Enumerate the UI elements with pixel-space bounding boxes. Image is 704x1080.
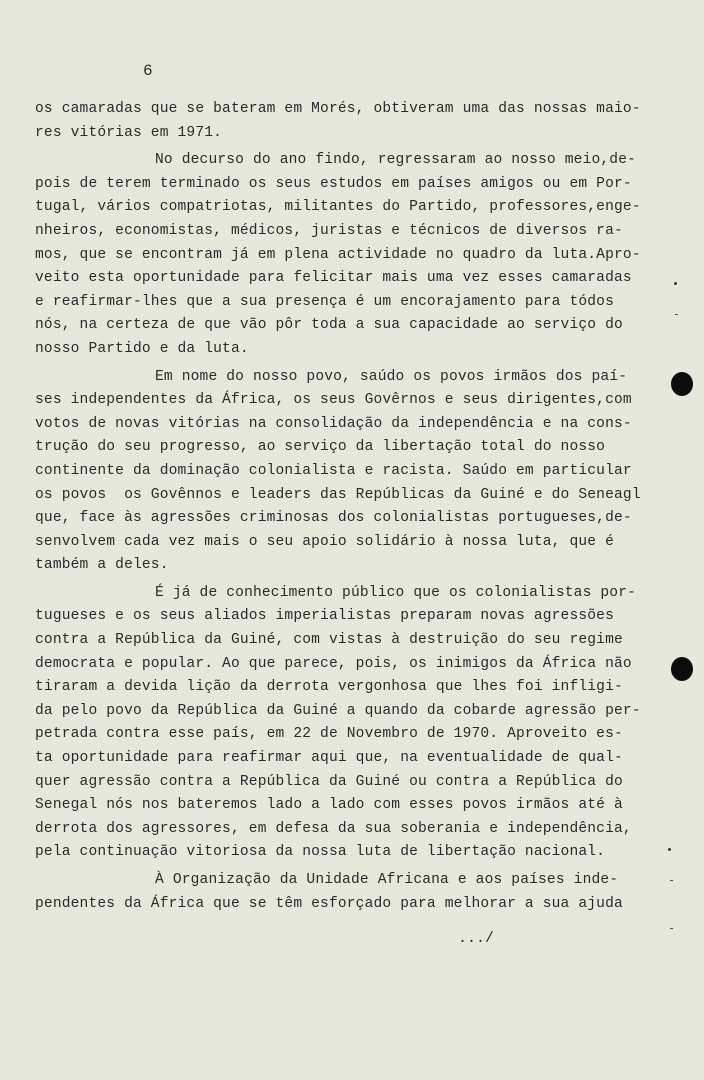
text-line: No decurso do ano findo, regressaram ao … bbox=[35, 149, 635, 173]
text-line: que, face às agressões criminosas dos co… bbox=[35, 507, 635, 531]
text-line: senvolvem cada vez mais o seu apoio soli… bbox=[35, 531, 635, 555]
text-line: res vitórias em 1971. bbox=[35, 122, 635, 146]
text-line: trução do seu progresso, ao serviço da l… bbox=[35, 436, 635, 460]
text-line: tugal, vários compatriotas, militantes d… bbox=[35, 196, 635, 220]
text-line: Em nome do nosso povo, saúdo os povos ir… bbox=[35, 366, 635, 390]
paragraph: os camaradas que se bateram em Morés, ob… bbox=[35, 98, 635, 145]
text-line: nós, na certeza de que vão pôr toda a su… bbox=[35, 314, 635, 338]
text-line: os camaradas que se bateram em Morés, ob… bbox=[35, 98, 635, 122]
text-line: democrata e popular. Ao que parece, pois… bbox=[35, 653, 635, 677]
paragraph: No decurso do ano findo, regressaram ao … bbox=[35, 149, 635, 361]
paragraph: É já de conhecimento público que os colo… bbox=[35, 582, 635, 865]
text-line: da pelo povo da República da Guiné a qua… bbox=[35, 700, 635, 724]
text-line: ses independentes da África, os seus Gov… bbox=[35, 389, 635, 413]
text-line: nheiros, economistas, médicos, juristas … bbox=[35, 220, 635, 244]
text-line: pendentes da África que se têm esforçado… bbox=[35, 893, 635, 917]
text-line: mos, que se encontram já em plena activi… bbox=[35, 244, 635, 268]
text-line: os povos os Govênnos e leaders das Repúb… bbox=[35, 484, 635, 508]
text-line: quer agressão contra a República da Guin… bbox=[35, 771, 635, 795]
punch-hole-top bbox=[671, 372, 693, 396]
text-line: petrada contra esse país, em 22 de Novem… bbox=[35, 723, 635, 747]
text-line: derrota dos agressores, em defesa da sua… bbox=[35, 818, 635, 842]
scan-speck bbox=[670, 880, 673, 881]
text-line: ta oportunidade para reafirmar aqui que,… bbox=[35, 747, 635, 771]
scan-speck bbox=[668, 848, 671, 851]
scan-speck bbox=[670, 928, 673, 929]
text-line: tugueses e os seus aliados imperialistas… bbox=[35, 605, 635, 629]
text-line: também a deles. bbox=[35, 554, 635, 578]
continuation-mark: .../ bbox=[458, 930, 494, 947]
text-line: pois de terem terminado os seus estudos … bbox=[35, 173, 635, 197]
text-line: pela continuação vitoriosa da nossa luta… bbox=[35, 841, 635, 865]
scan-speck bbox=[674, 282, 677, 285]
text-line: Senegal nós nos bateremos lado a lado co… bbox=[35, 794, 635, 818]
text-line: votos de novas vitórias na consolidação … bbox=[35, 413, 635, 437]
text-line: À Organização da Unidade Africana e aos … bbox=[35, 869, 635, 893]
punch-hole-bottom bbox=[671, 657, 693, 681]
page-number: 6 bbox=[143, 62, 153, 80]
text-line: tiraram a devida lição da derrota vergon… bbox=[35, 676, 635, 700]
paragraph: À Organização da Unidade Africana e aos … bbox=[35, 869, 635, 916]
scan-speck bbox=[675, 314, 678, 315]
paragraph: Em nome do nosso povo, saúdo os povos ir… bbox=[35, 366, 635, 578]
text-line: nosso Partido e da luta. bbox=[35, 338, 635, 362]
text-line: contra a República da Guiné, com vistas … bbox=[35, 629, 635, 653]
text-line: É já de conhecimento público que os colo… bbox=[35, 582, 635, 606]
text-line: veito esta oportunidade para felicitar m… bbox=[35, 267, 635, 291]
text-line: continente da dominação colonialista e r… bbox=[35, 460, 635, 484]
document-body: os camaradas que se bateram em Morés, ob… bbox=[35, 98, 635, 916]
text-line: e reafirmar-lhes que a sua presença é um… bbox=[35, 291, 635, 315]
